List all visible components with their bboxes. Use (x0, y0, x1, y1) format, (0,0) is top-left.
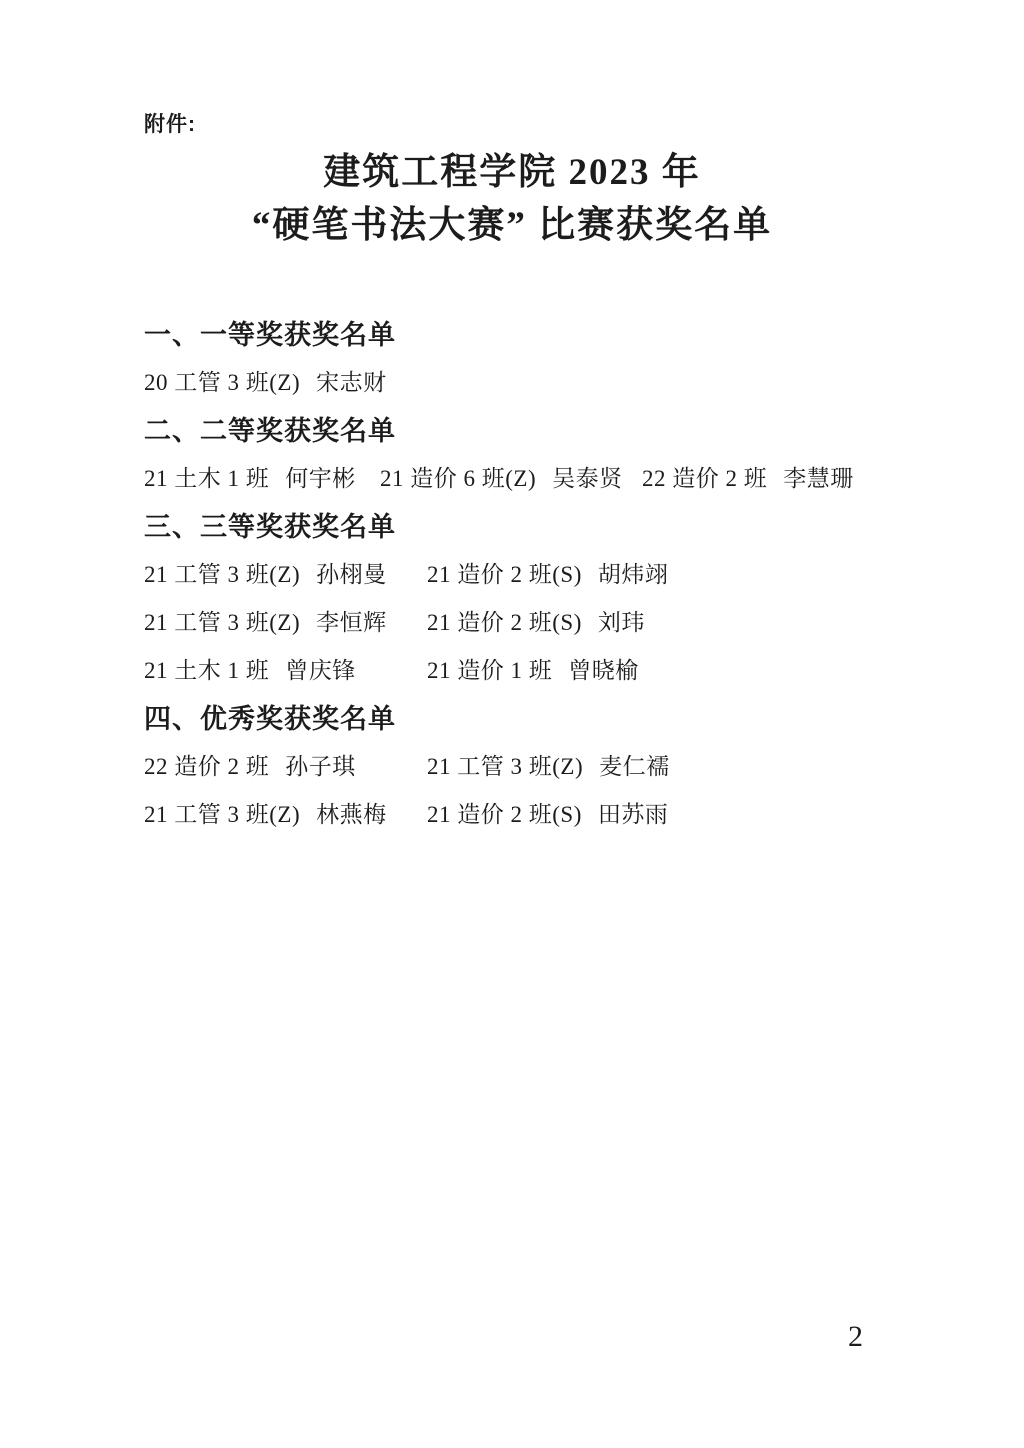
winner-class: 20 工管 3 班(Z) (144, 370, 300, 395)
winner-name: 曾晓榆 (568, 658, 639, 683)
section-heading: 三、三等奖获奖名单 (144, 500, 924, 548)
winner-entry: 21 造价 6 班(Z)吴泰贤 (380, 460, 642, 493)
winner-entry: 21 土木 1 班曾庆锋 (144, 652, 427, 685)
winner-row: 21 工管 3 班(Z)孙栩曼21 造价 2 班(S)胡炜翊 (144, 548, 924, 596)
winner-row: 20 工管 3 班(Z)宋志财 (144, 356, 924, 404)
winner-class: 21 工管 3 班(Z) (144, 610, 300, 635)
winner-class: 21 造价 2 班(S) (427, 802, 582, 827)
winner-class: 21 造价 1 班 (427, 658, 552, 683)
winner-entry: 20 工管 3 班(Z)宋志财 (144, 364, 387, 397)
winner-entry: 22 造价 2 班李慧珊 (642, 460, 854, 493)
document-title-line1: 建筑工程学院 2023 年 (0, 146, 1024, 199)
winner-row: 21 工管 3 班(Z)林燕梅21 造价 2 班(S)田苏雨 (144, 788, 924, 836)
winner-name: 孙子琪 (285, 754, 356, 779)
winner-entry: 21 工管 3 班(Z)麦仁襦 (427, 748, 670, 781)
document-title-line2: “硬笔书法大赛” 比赛获奖名单 (0, 199, 1024, 252)
winner-class: 21 造价 6 班(Z) (380, 466, 536, 491)
section-heading: 一、一等奖获奖名单 (144, 308, 924, 356)
winner-name: 田苏雨 (598, 802, 669, 827)
winner-entry: 21 造价 2 班(S)田苏雨 (427, 796, 668, 829)
section-heading: 四、优秀奖获奖名单 (144, 692, 924, 740)
document-page: 附件: 建筑工程学院 2023 年 “硬笔书法大赛” 比赛获奖名单 一、一等奖获… (0, 0, 1024, 1448)
winner-entry: 21 工管 3 班(Z)林燕梅 (144, 796, 427, 829)
winner-class: 21 造价 2 班(S) (427, 562, 582, 587)
winner-entry: 21 工管 3 班(Z)孙栩曼 (144, 556, 427, 589)
winner-name: 孙栩曼 (316, 562, 387, 587)
winner-name: 宋志财 (316, 370, 387, 395)
winner-class: 21 土木 1 班 (144, 658, 269, 683)
winner-name: 麦仁襦 (599, 754, 670, 779)
section-heading: 二、二等奖获奖名单 (144, 404, 924, 452)
attachment-label: 附件: (144, 108, 196, 138)
winner-name: 林燕梅 (316, 802, 387, 827)
winner-name: 胡炜翊 (598, 562, 669, 587)
winner-class: 22 造价 2 班 (144, 754, 269, 779)
winner-row: 21 土木 1 班何宇彬21 造价 6 班(Z)吴泰贤22 造价 2 班李慧珊 (144, 452, 924, 500)
winner-class: 21 工管 3 班(Z) (427, 754, 583, 779)
winner-name: 李慧珊 (783, 466, 854, 491)
winner-row: 21 土木 1 班曾庆锋21 造价 1 班曾晓榆 (144, 644, 924, 692)
winner-name: 吴泰贤 (552, 466, 623, 491)
winner-name: 曾庆锋 (285, 658, 356, 683)
winner-row: 21 工管 3 班(Z)李恒辉21 造价 2 班(S)刘玮 (144, 596, 924, 644)
winner-class: 21 工管 3 班(Z) (144, 562, 300, 587)
winner-entry: 21 造价 2 班(S)刘玮 (427, 604, 645, 637)
document-title: 建筑工程学院 2023 年 “硬笔书法大赛” 比赛获奖名单 (0, 146, 1024, 252)
winner-name: 刘玮 (598, 610, 645, 635)
winner-entry: 21 土木 1 班何宇彬 (144, 460, 380, 493)
winner-row: 22 造价 2 班孙子琪21 工管 3 班(Z)麦仁襦 (144, 740, 924, 788)
winner-class: 21 工管 3 班(Z) (144, 802, 300, 827)
winner-class: 21 造价 2 班(S) (427, 610, 582, 635)
winner-class: 21 土木 1 班 (144, 466, 269, 491)
page-number: 2 (848, 1320, 863, 1354)
document-body: 一、一等奖获奖名单20 工管 3 班(Z)宋志财二、二等奖获奖名单21 土木 1… (144, 308, 924, 836)
winner-name: 何宇彬 (285, 466, 356, 491)
winner-name: 李恒辉 (316, 610, 387, 635)
winner-entry: 21 造价 2 班(S)胡炜翊 (427, 556, 668, 589)
winner-entry: 21 造价 1 班曾晓榆 (427, 652, 639, 685)
winner-entry: 22 造价 2 班孙子琪 (144, 748, 427, 781)
winner-class: 22 造价 2 班 (642, 466, 767, 491)
winner-entry: 21 工管 3 班(Z)李恒辉 (144, 604, 427, 637)
